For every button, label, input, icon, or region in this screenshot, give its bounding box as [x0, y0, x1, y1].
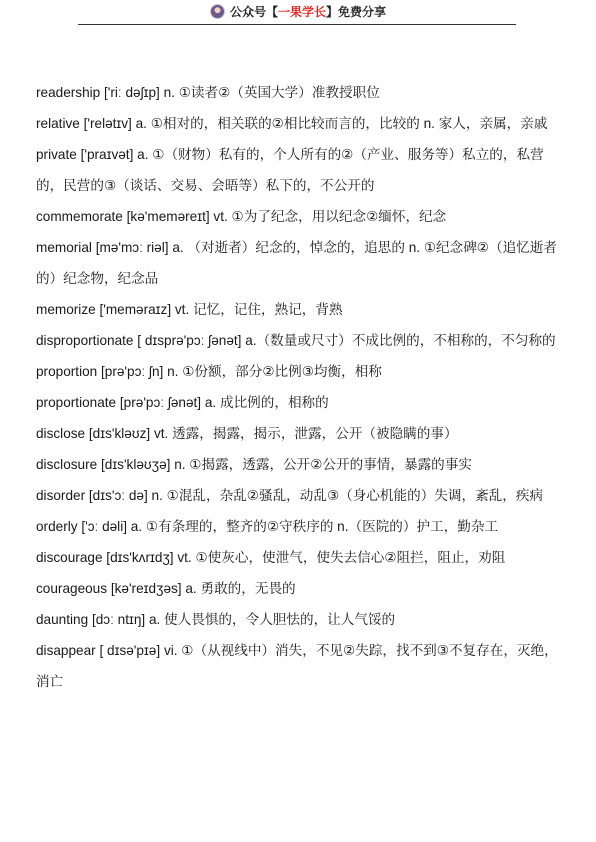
entry-definition: a. 使人畏惧的，令人胆怯的，让人气馁的: [149, 612, 395, 627]
entry-definition: n. ①读者②（英国大学）准教授职位: [164, 85, 380, 100]
entry-ipa: [dɪs'kləʊʒə]: [101, 457, 170, 472]
entry-ipa: [dɪs'kləʊz]: [89, 426, 150, 441]
vocab-entry: disappear [ dɪsə'pɪə] vi. ①（从视线中）消失，不见②失…: [36, 635, 560, 697]
entry-word: proportion: [36, 364, 97, 379]
vocab-entry: proportionate [prə'pɔː ʃənət] a. 成比例的，相称…: [36, 387, 560, 418]
vocab-entry: commemorate [kə'meməreɪt] vt. ①为了纪念，用以纪念…: [36, 201, 560, 232]
header-divider: [78, 24, 516, 25]
header-banner: 公众号【一果学长】免费分享: [0, 4, 596, 20]
entry-word: courageous: [36, 581, 107, 596]
entry-word: daunting: [36, 612, 88, 627]
entry-ipa: [dɔː ntɪŋ]: [92, 612, 145, 627]
vocab-entry: orderly ['ɔː dəli] a. ①有条理的，整齐的②守秩序的 n.（…: [36, 511, 560, 542]
entry-ipa: ['praɪvət]: [81, 147, 134, 162]
entry-word: discourage: [36, 550, 103, 565]
entry-ipa: [dɪs'kʌrɪdʒ]: [106, 550, 173, 565]
entry-word: memorize: [36, 302, 96, 317]
entry-word: disappear: [36, 643, 96, 658]
vocab-entry: private ['praɪvət] a. ①（财物）私有的，个人所有的②（产业…: [36, 139, 560, 201]
entry-definition: vt. 记忆，记住，熟记，背熟: [175, 302, 343, 317]
entry-word: commemorate: [36, 209, 123, 224]
entry-ipa: [kə'reɪdʒəs]: [111, 581, 182, 596]
entry-word: disclosure: [36, 457, 97, 472]
entry-word: memorial: [36, 240, 92, 255]
entry-word: relative: [36, 116, 80, 131]
entry-definition: a.（数量或尺寸）不成比例的，不相称的，不匀称的: [245, 333, 555, 348]
entry-word: proportionate: [36, 395, 116, 410]
vocab-entry: memorial [mə'mɔː riəl] a. （对逝者）纪念的，悼念的，追…: [36, 232, 560, 294]
entry-ipa: [prə'pɔː ʃn]: [101, 364, 163, 379]
vocab-entry: courageous [kə'reɪdʒəs] a. 勇敢的，无畏的: [36, 573, 560, 604]
vocab-entry: disclosure [dɪs'kləʊʒə] n. ①揭露，透露，公开②公开的…: [36, 449, 560, 480]
entry-definition: a. 勇敢的，无畏的: [185, 581, 295, 596]
entry-word: disorder: [36, 488, 85, 503]
header-highlight: 一果学长: [278, 5, 326, 19]
entry-ipa: [ dɪsprə'pɔː ʃənət]: [137, 333, 241, 348]
entry-word: orderly: [36, 519, 78, 534]
entry-definition: vt. 透露，揭露，揭示，泄露，公开（被隐瞒的事）: [154, 426, 458, 441]
entry-definition: a. ①有条理的，整齐的②守秩序的 n.（医院的）护工，勤杂工: [131, 519, 498, 534]
vocab-entry: disorder [dɪs'ɔː də] n. ①混乱，杂乱②骚乱，动乱③（身心…: [36, 480, 560, 511]
entry-ipa: [ dɪsə'pɪə]: [100, 643, 161, 658]
entry-definition: a. 成比例的，相称的: [205, 395, 329, 410]
vocab-entry: discourage [dɪs'kʌrɪdʒ] vt. ①使灰心，使泄气，使失去…: [36, 542, 560, 573]
entry-definition: n. ①份额，部分②比例③均衡，相称: [167, 364, 382, 379]
vocab-entry: relative ['relətɪv] a. ①相对的，相关联的②相比较而言的，…: [36, 108, 560, 139]
entry-definition: n. ①混乱，杂乱②骚乱，动乱③（身心机能的）失调，紊乱，疾病: [152, 488, 544, 503]
entry-definition: a. ①相对的，相关联的②相比较而言的，比较的 n. 家人，亲属，亲戚: [136, 116, 548, 131]
header-bracket-open: 【: [266, 5, 278, 19]
vocabulary-list: readership ['riː dəʃɪp] n. ①读者②（英国大学）准教授…: [36, 77, 560, 697]
entry-ipa: ['ɔː dəli]: [81, 519, 127, 534]
header-prefix: 公众号: [230, 5, 266, 19]
vocab-entry: disclose [dɪs'kləʊz] vt. 透露，揭露，揭示，泄露，公开（…: [36, 418, 560, 449]
vocab-entry: readership ['riː dəʃɪp] n. ①读者②（英国大学）准教授…: [36, 77, 560, 108]
entry-ipa: ['relətɪv]: [84, 116, 132, 131]
entry-ipa: [kə'meməreɪt]: [127, 209, 210, 224]
entry-ipa: [mə'mɔː riəl]: [96, 240, 169, 255]
header-bracket-close: 】: [326, 5, 338, 19]
entry-word: disclose: [36, 426, 85, 441]
entry-word: disproportionate: [36, 333, 134, 348]
vocab-entry: daunting [dɔː ntɪŋ] a. 使人畏惧的，令人胆怯的，让人气馁的: [36, 604, 560, 635]
vocab-entry: disproportionate [ dɪsprə'pɔː ʃənət] a.（…: [36, 325, 560, 356]
vocab-entry: memorize ['meməraɪz] vt. 记忆，记住，熟记，背熟: [36, 294, 560, 325]
entry-ipa: [dɪs'ɔː də]: [89, 488, 148, 503]
entry-word: readership: [36, 85, 100, 100]
header-suffix: 免费分享: [338, 5, 386, 19]
entry-ipa: ['meməraɪz]: [99, 302, 171, 317]
entry-ipa: [prə'pɔː ʃənət]: [120, 395, 201, 410]
entry-definition: vt. ①为了纪念，用以纪念②缅怀，纪念: [213, 209, 446, 224]
page-header: 公众号【一果学长】免费分享: [0, 0, 596, 26]
entry-definition: n. ①揭露，透露，公开②公开的事情，暴露的事实: [174, 457, 472, 472]
entry-word: private: [36, 147, 77, 162]
vocab-entry: proportion [prə'pɔː ʃn] n. ①份额，部分②比例③均衡，…: [36, 356, 560, 387]
entry-ipa: ['riː dəʃɪp]: [104, 85, 160, 100]
avatar-icon: [210, 4, 225, 19]
entry-definition: vt. ①使灰心，使泄气，使失去信心②阻拦，阻止，劝阻: [177, 550, 505, 565]
